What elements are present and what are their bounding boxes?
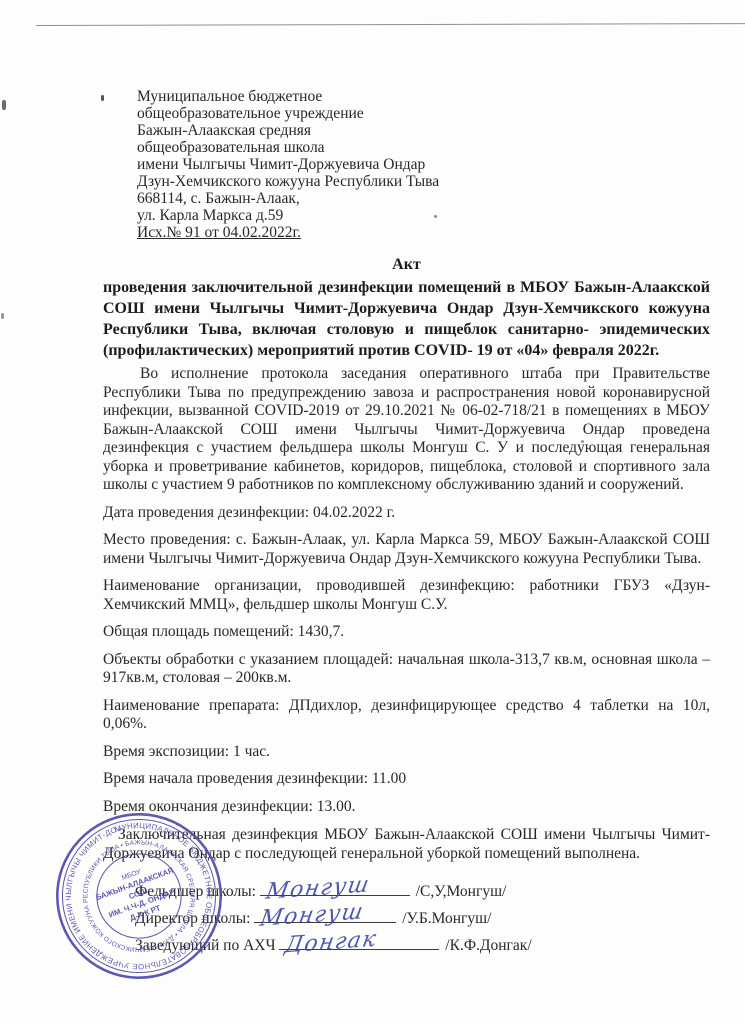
document-title-paragraph: проведения заключительной дезинфекции по… xyxy=(103,277,710,361)
signature-line: Монгуш xyxy=(254,907,396,923)
field-location: Место проведения: с. Бажын-Алаак, ул. Ка… xyxy=(103,531,710,568)
signature-line: Монгуш xyxy=(260,880,410,896)
letterhead-line: Дзун-Хемчикского кожууна Республики Тыва xyxy=(137,173,477,190)
document-heading: Акт xyxy=(103,255,710,275)
signature-label: Директор школы: xyxy=(135,910,250,927)
field-organization: Наименование организации, проводившей де… xyxy=(103,577,710,614)
scanned-document-page: Муниципальное бюджетное общеобразователь… xyxy=(0,0,745,1024)
signature-transcript: /К.Ф.Донгак/ xyxy=(445,937,531,954)
letterhead: Муниципальное бюджетное общеобразователь… xyxy=(137,88,477,241)
letterhead-line: общеобразовательное учреждение xyxy=(137,105,477,122)
field-preparation-name: Наименование препарата: ДПдихлор, дезинф… xyxy=(103,697,710,734)
letterhead-line: ул. Карла Маркса д.59 xyxy=(137,207,477,224)
handwritten-signature: Монгуш xyxy=(264,874,372,904)
signature-transcript: /У.Б.Монгуш/ xyxy=(402,910,491,927)
letterhead-line: Бажын-Алаакская средняя xyxy=(137,122,477,139)
scan-speck xyxy=(2,100,6,110)
field-disinfection-date: Дата проведения дезинфекции: 04.02.2022 … xyxy=(103,504,710,523)
signature-block: Фельдшер школы: Монгуш /С,У,Монгуш/ Дире… xyxy=(135,880,710,961)
signature-row-director: Директор школы: Монгуш /У.Б.Монгуш/ xyxy=(135,907,710,934)
signature-transcript: /С,У,Монгуш/ xyxy=(416,883,507,900)
field-start-time: Время начала проведения дезинфекции: 11.… xyxy=(103,770,710,789)
document-body: Муниципальное бюджетное общеобразователь… xyxy=(103,88,710,961)
letterhead-line: имени Чылгычы Чимит-Доржуевича Ондар xyxy=(137,156,477,173)
signature-label: Фельдшер школы: xyxy=(135,883,256,900)
signature-line: Донгак xyxy=(279,934,439,950)
fields-section: Дата проведения дезинфекции: 04.02.2022 … xyxy=(103,504,710,817)
intro-paragraph: Во исполнение протокола заседания операт… xyxy=(103,365,710,495)
field-end-time: Время окончания дезинфекции: 13.00. xyxy=(103,798,710,817)
signature-label: Заведующий по АХЧ xyxy=(135,937,276,954)
field-treated-objects: Объекты обработки с указанием площадей: … xyxy=(103,651,710,688)
scan-speck xyxy=(1,313,4,319)
letterhead-line: 668114, с. Бажын-Алаак, xyxy=(137,190,477,207)
scan-artifact-line xyxy=(36,23,745,26)
signature-row-ahch: Заведующий по АХЧ Донгак /К.Ф.Донгак/ xyxy=(135,934,710,961)
field-exposure-time: Время экспозиции: 1 час. xyxy=(103,743,710,762)
letterhead-line: Муниципальное бюджетное xyxy=(137,88,477,105)
outgoing-ref-number: Исх.№ 91 от 04.02.2022г. xyxy=(137,224,477,241)
conclusion-paragraph: Заключительная дезинфекция МБОУ Бажын-Ал… xyxy=(103,826,710,863)
letterhead-line: общеобразовательная школа xyxy=(137,139,477,156)
field-total-area: Общая площадь помещений: 1430,7. xyxy=(103,623,710,642)
signature-row-feldsher: Фельдшер школы: Монгуш /С,У,Монгуш/ xyxy=(135,880,710,907)
